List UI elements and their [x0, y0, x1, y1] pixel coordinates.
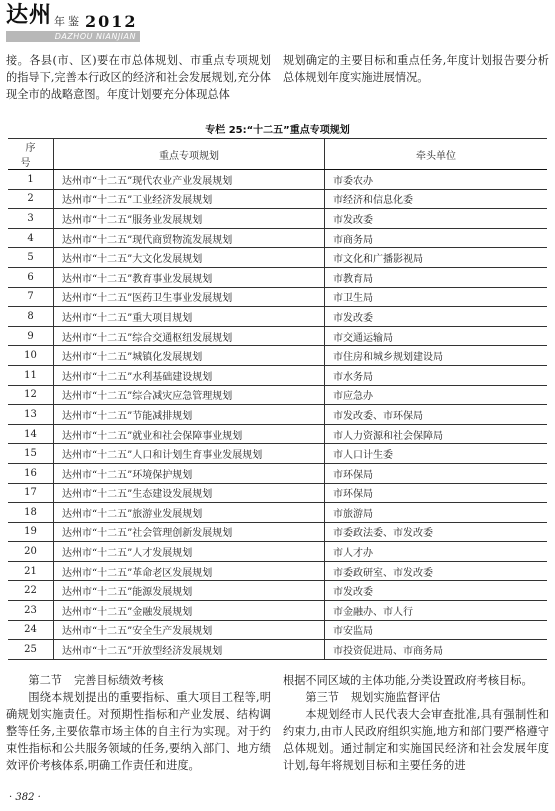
table-row: 5达州市“十二五”大文化发展规划市文化和广播影视局 [8, 248, 547, 268]
table-row: 25达州市“十二五”开放型经济发展规划市投资促进局、市商务局 [8, 640, 547, 660]
plan-name: 达州市“十二五”综合交通枢纽发展规划 [54, 326, 325, 346]
row-number: 2 [8, 189, 54, 209]
page-number: · 382 · [9, 792, 41, 803]
row-number: 18 [8, 503, 54, 523]
lead-unit: 市环保局 [325, 483, 548, 503]
row-number: 17 [8, 483, 54, 503]
table-row: 1达州市“十二五”现代农业产业发展规划市委农办 [8, 170, 547, 190]
header-plan-name: 重点专项规划 [54, 139, 325, 170]
masthead-year: 2012 [85, 12, 138, 31]
plan-name: 达州市“十二五”革命老区发展规划 [54, 561, 325, 581]
row-number: 4 [8, 228, 54, 248]
lead-unit: 市发改委、市环保局 [325, 405, 548, 425]
table-row: 21达州市“十二五”革命老区发展规划市委政研室、市发改委 [8, 561, 547, 581]
row-number: 15 [8, 444, 54, 464]
row-number: 14 [8, 424, 54, 444]
plan-name: 达州市“十二五”城镇化发展规划 [54, 346, 325, 366]
table-row: 10达州市“十二五”城镇化发展规划市住房和城乡规划建设局 [8, 346, 547, 366]
section-3-body: 本规划经市人民代表大会审查批准,具有强制性和约束力,由市人民政府组织实施,地方和… [283, 706, 549, 774]
table-row: 11达州市“十二五”水利基础建设规划市水务局 [8, 365, 547, 385]
paragraph: 接。各县(市、区)要在市总体规划、市重点专项规划的指导下,完善本行政区的经济和社… [6, 52, 271, 103]
row-number: 5 [8, 248, 54, 268]
plan-name: 达州市“十二五”现代商贸物流发展规划 [54, 228, 325, 248]
lead-unit: 市文化和广播影视局 [325, 248, 548, 268]
row-number: 25 [8, 640, 54, 660]
lead-unit: 市交通运输局 [325, 326, 548, 346]
plan-name: 达州市“十二五”服务业发展规划 [54, 209, 325, 229]
lead-unit: 市水务局 [325, 365, 548, 385]
table-row: 2达州市“十二五”工业经济发展规划市经济和信息化委 [8, 189, 547, 209]
table-row: 17达州市“十二五”生态建设发展规划市环保局 [8, 483, 547, 503]
plan-name: 达州市“十二五”教育事业发展规划 [54, 267, 325, 287]
lead-unit: 市商务局 [325, 228, 548, 248]
lead-unit: 市委农办 [325, 170, 548, 190]
plan-name: 达州市“十二五”现代农业产业发展规划 [54, 170, 325, 190]
lead-unit: 市人口计生委 [325, 444, 548, 464]
plan-name: 达州市“十二五”金融发展规划 [54, 601, 325, 621]
plan-name: 达州市“十二五”就业和社会保障事业规划 [54, 424, 325, 444]
plan-name: 达州市“十二五”大文化发展规划 [54, 248, 325, 268]
row-number: 13 [8, 405, 54, 425]
lead-unit: 市委政研室、市发改委 [325, 561, 548, 581]
paragraph: 规划确定的主要目标和重点任务,年度计划报告要分析总体规划年度实施进展情况。 [283, 52, 549, 86]
lead-unit: 市投资促进局、市商务局 [325, 640, 548, 660]
lead-unit: 市卫生局 [325, 287, 548, 307]
table-row: 3达州市“十二五”服务业发展规划市发改委 [8, 209, 547, 229]
row-number: 21 [8, 561, 54, 581]
row-number: 24 [8, 620, 54, 640]
bottom-text-right-column: 根据不同区域的主体功能,分类设置政府考核目标。 第三节规划实施监督评估 本规划经… [283, 672, 549, 774]
table-row: 23达州市“十二五”金融发展规划市金融办、市人行 [8, 601, 547, 621]
plan-name: 达州市“十二五”环境保护规划 [54, 463, 325, 483]
row-number: 9 [8, 326, 54, 346]
table-row: 19达州市“十二五”社会管理创新发展规划市委政法委、市发改委 [8, 522, 547, 542]
top-text-right-column: 规划确定的主要目标和重点任务,年度计划报告要分析总体规划年度实施进展情况。 [283, 52, 549, 86]
lead-unit: 市教育局 [325, 267, 548, 287]
row-number: 6 [8, 267, 54, 287]
table-row: 12达州市“十二五”综合减灾应急管理规划市应急办 [8, 385, 547, 405]
lead-unit: 市人力资源和社会保障局 [325, 424, 548, 444]
plan-name: 达州市“十二五”医药卫生事业发展规划 [54, 287, 325, 307]
lead-unit: 市发改委 [325, 209, 548, 229]
lead-unit: 市人才办 [325, 542, 548, 562]
masthead-band: DAZHOU NIANJIAN [6, 31, 140, 42]
bottom-text-left-column: 第二节完善目标绩效考核 围绕本规划提出的重要指标、重大项目工程等,明确规划实施责… [6, 672, 271, 774]
top-text-left-column: 接。各县(市、区)要在市总体规划、市重点专项规划的指导下,完善本行政区的经济和社… [6, 52, 271, 103]
table-row: 24达州市“十二五”安全生产发展规划市安监局 [8, 620, 547, 640]
lead-unit: 市发改委 [325, 581, 548, 601]
plan-name: 达州市“十二五”工业经济发展规划 [54, 189, 325, 209]
plan-name: 达州市“十二五”人才发展规划 [54, 542, 325, 562]
table-row: 14达州市“十二五”就业和社会保障事业规划市人力资源和社会保障局 [8, 424, 547, 444]
table-row: 22达州市“十二五”能源发展规划市发改委 [8, 581, 547, 601]
plan-name: 达州市“十二五”综合减灾应急管理规划 [54, 385, 325, 405]
paragraph-continuation: 根据不同区域的主体功能,分类设置政府考核目标。 [283, 672, 549, 689]
row-number: 19 [8, 522, 54, 542]
header-no: 序号 [8, 139, 54, 170]
table-caption: 专栏 25:“十二五”重点专项规划 [0, 121, 555, 136]
row-number: 22 [8, 581, 54, 601]
lead-unit: 市金融办、市人行 [325, 601, 548, 621]
key-plans-table: 序号 重点专项规划 牵头单位 1达州市“十二五”现代农业产业发展规划市委农办2达… [8, 138, 547, 660]
yearbook-masthead: 达州 年鉴 2012 DAZHOU NIANJIAN [6, 4, 146, 44]
row-number: 16 [8, 463, 54, 483]
row-number: 12 [8, 385, 54, 405]
row-number: 20 [8, 542, 54, 562]
lead-unit: 市安监局 [325, 620, 548, 640]
row-number: 1 [8, 170, 54, 190]
lead-unit: 市环保局 [325, 463, 548, 483]
table-row: 6达州市“十二五”教育事业发展规划市教育局 [8, 267, 547, 287]
lead-unit: 市发改委 [325, 307, 548, 327]
plan-name: 达州市“十二五”能源发展规划 [54, 581, 325, 601]
table-row: 15达州市“十二五”人口和计划生育事业发展规划市人口计生委 [8, 444, 547, 464]
plan-name: 达州市“十二五”水利基础建设规划 [54, 365, 325, 385]
plan-name: 达州市“十二五”社会管理创新发展规划 [54, 522, 325, 542]
table-row: 16达州市“十二五”环境保护规划市环保局 [8, 463, 547, 483]
plan-name: 达州市“十二五”人口和计划生育事业发展规划 [54, 444, 325, 464]
plan-name: 达州市“十二五”重大项目规划 [54, 307, 325, 327]
table-row: 18达州市“十二五”旅游业发展规划市旅游局 [8, 503, 547, 523]
masthead-pinyin: DAZHOU NIANJIAN [55, 31, 136, 42]
lead-unit: 市经济和信息化委 [325, 189, 548, 209]
lead-unit: 市委政法委、市发改委 [325, 522, 548, 542]
section-3-heading: 第三节规划实施监督评估 [283, 689, 549, 706]
plan-name: 达州市“十二五”节能减排规划 [54, 405, 325, 425]
masthead-city: 达州 [6, 4, 52, 28]
table-row: 4达州市“十二五”现代商贸物流发展规划市商务局 [8, 228, 547, 248]
section-2-heading: 第二节完善目标绩效考核 [6, 672, 271, 689]
row-number: 8 [8, 307, 54, 327]
section-2-body: 围绕本规划提出的重要指标、重大项目工程等,明确规划实施责任。对预期性指标和产业发… [6, 689, 271, 774]
table-row: 20达州市“十二五”人才发展规划市人才办 [8, 542, 547, 562]
table-header-row: 序号 重点专项规划 牵头单位 [8, 139, 547, 170]
row-number: 10 [8, 346, 54, 366]
plan-name: 达州市“十二五”开放型经济发展规划 [54, 640, 325, 660]
table-row: 13达州市“十二五”节能减排规划市发改委、市环保局 [8, 405, 547, 425]
lead-unit: 市住房和城乡规划建设局 [325, 346, 548, 366]
lead-unit: 市应急办 [325, 385, 548, 405]
plan-name: 达州市“十二五”旅游业发展规划 [54, 503, 325, 523]
plan-name: 达州市“十二五”安全生产发展规划 [54, 620, 325, 640]
row-number: 7 [8, 287, 54, 307]
masthead-yearbook-label: 年鉴 [54, 13, 82, 29]
row-number: 3 [8, 209, 54, 229]
lead-unit: 市旅游局 [325, 503, 548, 523]
table-row: 9达州市“十二五”综合交通枢纽发展规划市交通运输局 [8, 326, 547, 346]
table-row: 7达州市“十二五”医药卫生事业发展规划市卫生局 [8, 287, 547, 307]
row-number: 23 [8, 601, 54, 621]
header-lead-unit: 牵头单位 [325, 139, 548, 170]
plan-name: 达州市“十二五”生态建设发展规划 [54, 483, 325, 503]
row-number: 11 [8, 365, 54, 385]
table-row: 8达州市“十二五”重大项目规划市发改委 [8, 307, 547, 327]
